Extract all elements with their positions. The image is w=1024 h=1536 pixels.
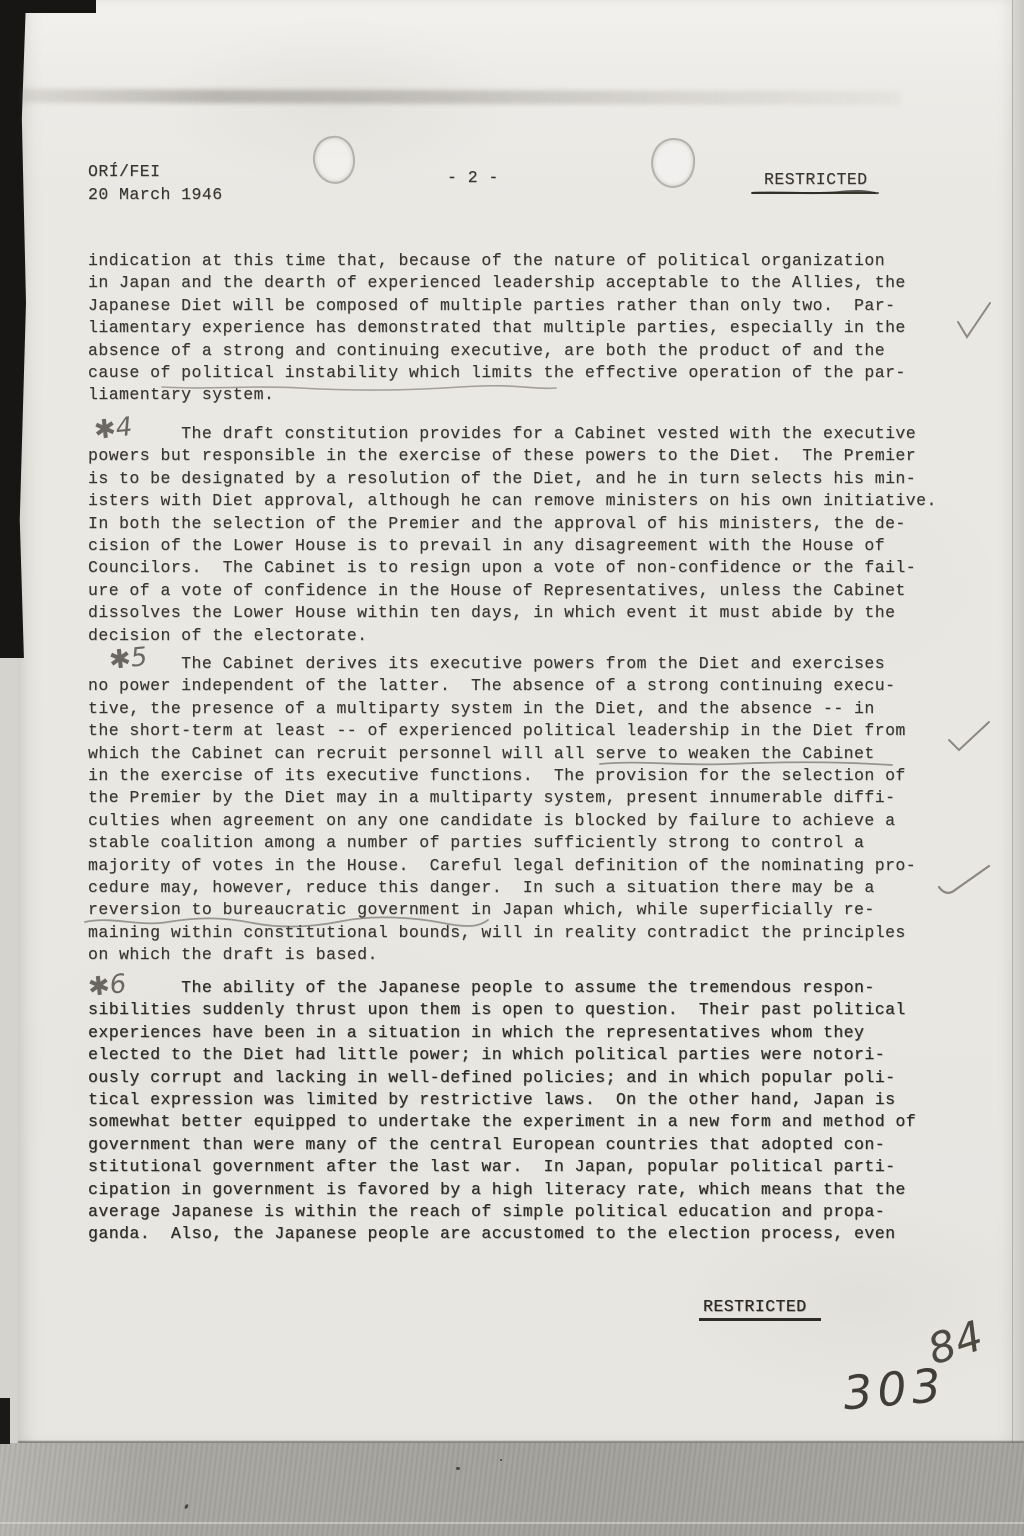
pencil-underline-political-instability [160,382,560,394]
scanner-band-line [0,1522,1024,1524]
page-number: - 2 - [447,168,499,187]
paragraph-6: The ability of the Japanese people to as… [88,977,916,1246]
paper-fold-crease [22,89,902,105]
checkmark-icon [950,296,992,342]
classification-underline-scribble [750,189,880,197]
classification-stamp-top: RESTRICTED [764,170,868,189]
pencil-paragraph-mark-5: ✱5 [108,642,149,676]
classification-stamp-bottom: RESTRICTED [703,1297,807,1316]
scanned-document-photo: { "document": { "header": { "org": "ORÍ/… [0,0,1024,1536]
classification-underline-bottom [699,1318,821,1321]
org-code: ORÍ/FEI [88,162,160,181]
scan-black-mark-bottom-left [0,1398,10,1444]
handwritten-number-303: 303 [841,1358,948,1421]
paragraph-4: The draft constitution provides for a Ca… [88,423,937,647]
scan-speck [456,1467,460,1470]
pencil-paragraph-mark-4: ✱4 [93,412,134,446]
checkmark-icon [935,860,993,902]
document-date: 20 March 1946 [88,185,223,204]
pencil-underline-serve-to-weaken [598,756,898,770]
header-org-and-date: ORÍ/FEI20 March 1946 [88,160,223,206]
scan-black-edge-top [0,0,96,13]
page-right-edge [1012,0,1024,1443]
scan-left-backing [0,658,18,1443]
pencil-underline-reversion-bureaucratic [83,913,491,929]
checkmark-icon [945,718,991,754]
scan-speck [500,1459,502,1461]
pencil-paragraph-mark-6: ✱6 [87,969,128,1003]
